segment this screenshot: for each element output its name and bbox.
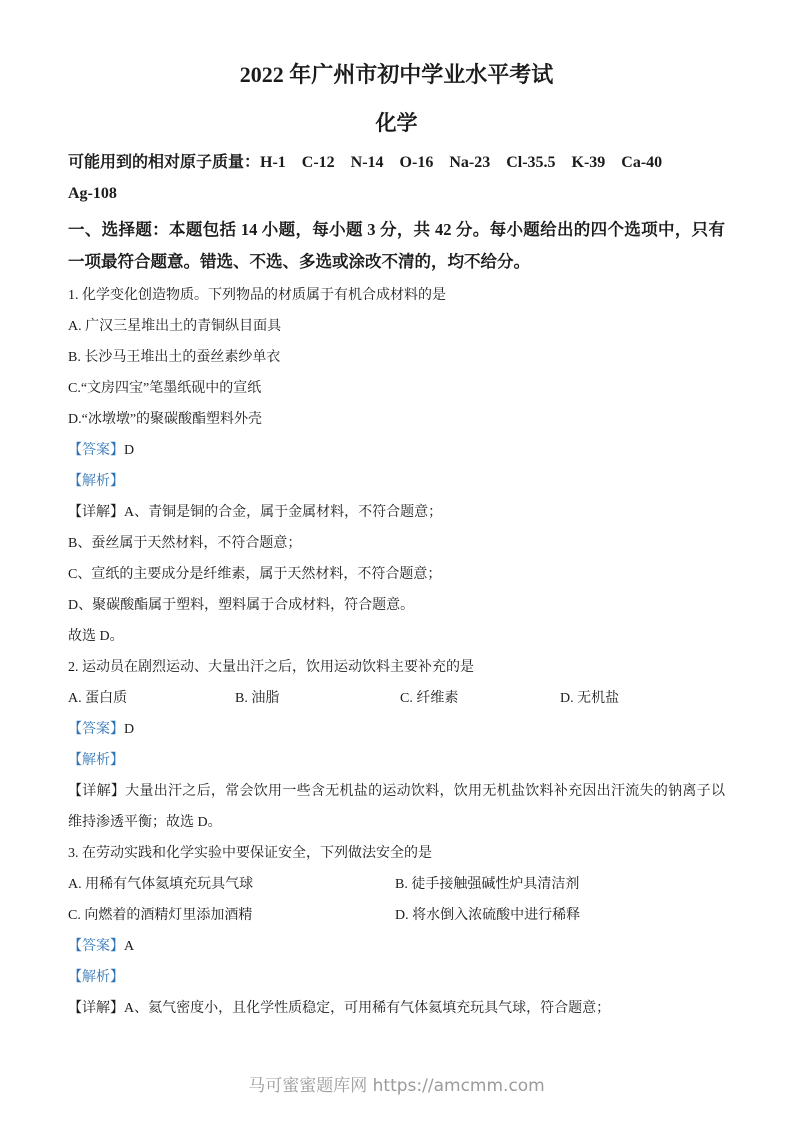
question-2-option-b: B. 油脂 bbox=[235, 683, 400, 714]
question-1-conclusion: 故选 D。 bbox=[68, 621, 725, 652]
question-1-option-c: C.“文房四宝”笔墨纸砚中的宣纸 bbox=[68, 373, 725, 404]
question-2-option-a: A. 蛋白质 bbox=[68, 683, 235, 714]
answer-label: 【答案】 bbox=[68, 443, 124, 458]
question-2-options-row: A. 蛋白质 B. 油脂 C. 纤维素 D. 无机盐 bbox=[68, 683, 725, 714]
question-2-answer-value: D bbox=[124, 722, 134, 737]
question-1-stem: 1. 化学变化创造物质。下列物品的材质属于有机合成材料的是 bbox=[68, 280, 725, 311]
question-1-detail-c: C、宣纸的主要成分是纤维素，属于天然材料，不符合题意； bbox=[68, 559, 725, 590]
question-2-stem: 2. 运动员在剧烈运动、大量出汗之后，饮用运动饮料主要补充的是 bbox=[68, 652, 725, 683]
question-3-option-b: B. 徒手接触强碱性炉具清洁剂 bbox=[395, 869, 725, 900]
question-1-option-b: B. 长沙马王堆出土的蚕丝素纱单衣 bbox=[68, 342, 725, 373]
answer-label: 【答案】 bbox=[68, 722, 124, 737]
question-3-analysis-label: 【解析】 bbox=[68, 962, 725, 993]
question-1-detail-d: D、聚碳酸酯属于塑料，塑料属于合成材料，符合题意。 bbox=[68, 590, 725, 621]
question-2-answer-line: 【答案】D bbox=[68, 714, 725, 745]
document-title: 2022 年广州市初中学业水平考试 bbox=[68, 58, 725, 92]
section-one-instructions: 一、选择题：本题包括 14 小题，每小题 3 分，共 42 分。每小题给出的四个… bbox=[68, 214, 725, 278]
question-1-option-a: A. 广汉三星堆出土的青铜纵目面具 bbox=[68, 311, 725, 342]
question-1-answer-value: D bbox=[124, 443, 134, 458]
question-3-options-row-1: A. 用稀有气体氦填充玩具气球 B. 徒手接触强碱性炉具清洁剂 bbox=[68, 869, 725, 900]
exam-document-page: 2022 年广州市初中学业水平考试 化学 可能用到的相对原子质量：H-1 C-1… bbox=[0, 0, 793, 1122]
question-2: 2. 运动员在剧烈运动、大量出汗之后，饮用运动饮料主要补充的是 A. 蛋白质 B… bbox=[68, 652, 725, 838]
question-3-option-c: C. 向燃着的酒精灯里添加酒精 bbox=[68, 900, 395, 931]
question-2-analysis-label: 【解析】 bbox=[68, 745, 725, 776]
question-1-detail-b: B、蚕丝属于天然材料，不符合题意； bbox=[68, 528, 725, 559]
question-1-detail-a: 【详解】A、青铜是铜的合金，属于金属材料，不符合题意； bbox=[68, 497, 725, 528]
question-3-stem: 3. 在劳动实践和化学实验中要保证安全，下列做法安全的是 bbox=[68, 838, 725, 869]
answer-label: 【答案】 bbox=[68, 939, 124, 954]
footer-watermark: 马可蜜蜜题库网 https://amcmm.com bbox=[0, 1071, 793, 1096]
question-3-answer-value: A bbox=[124, 939, 134, 954]
question-3-detail: 【详解】A、氦气密度小，且化学性质稳定，可用稀有气体氦填充玩具气球，符合题意； bbox=[68, 993, 725, 1024]
question-3-options-row-2: C. 向燃着的酒精灯里添加酒精 D. 将水倒入浓硫酸中进行稀释 bbox=[68, 900, 725, 931]
atomic-masses-line: 可能用到的相对原子质量：H-1 C-12 N-14 O-16 Na-23 Cl-… bbox=[68, 147, 725, 178]
question-2-option-c: C. 纤维素 bbox=[400, 683, 560, 714]
question-3: 3. 在劳动实践和化学实验中要保证安全，下列做法安全的是 A. 用稀有气体氦填充… bbox=[68, 838, 725, 1024]
question-2-option-d: D. 无机盐 bbox=[560, 683, 725, 714]
question-2-detail: 【详解】大量出汗之后，常会饮用一些含无机盐的运动饮料，饮用无机盐饮料补充因出汗流… bbox=[68, 776, 725, 838]
question-3-option-d: D. 将水倒入浓硫酸中进行稀释 bbox=[395, 900, 725, 931]
atomic-masses-line-2: Ag-108 bbox=[68, 178, 725, 209]
question-1: 1. 化学变化创造物质。下列物品的材质属于有机合成材料的是 A. 广汉三星堆出土… bbox=[68, 280, 725, 652]
document-subject: 化学 bbox=[68, 106, 725, 140]
question-1-option-d: D.“冰墩墩”的聚碳酸酯塑料外壳 bbox=[68, 404, 725, 435]
question-1-answer-line: 【答案】D bbox=[68, 435, 725, 466]
question-1-analysis-label: 【解析】 bbox=[68, 466, 725, 497]
question-3-answer-line: 【答案】A bbox=[68, 931, 725, 962]
question-3-option-a: A. 用稀有气体氦填充玩具气球 bbox=[68, 869, 395, 900]
